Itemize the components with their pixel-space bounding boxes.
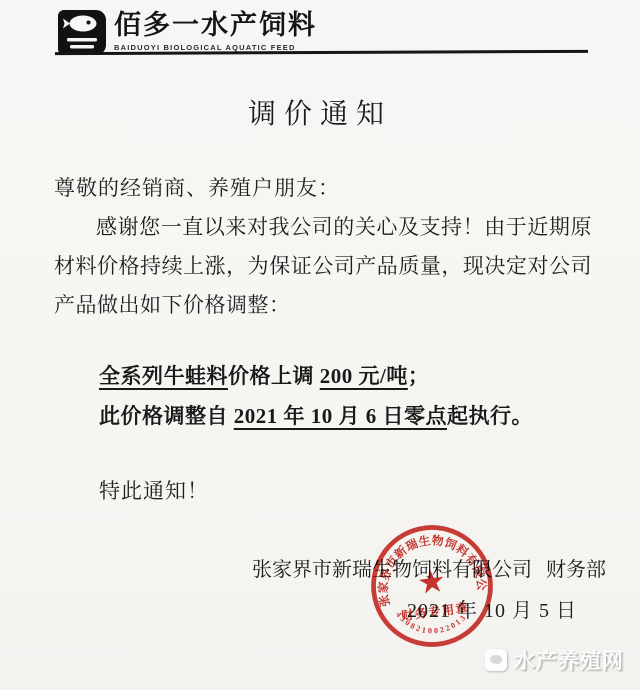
signature-department: 财务部 <box>546 559 606 581</box>
underlined-effective-date: 2021 年 10 月 6 日零点 <box>234 404 447 428</box>
seal-star-icon: ★ <box>415 562 448 601</box>
intro-paragraph: 感谢您一直以来对我公司的关心及支持！由于近期原材料价格持续上涨，为保证公司产品质… <box>54 208 592 325</box>
brand-block: 佰多一水产饲料 BAIDUOYI BIOLOGICAL AQUATIC FEED <box>114 10 317 52</box>
company-seal-stamp: 张家界市新瑞生物饲料有限公司 ★ 财务专用章 4308210022013 <box>358 512 505 659</box>
underlined-price-amount: 200 元/吨 <box>320 364 408 388</box>
effective-date-end: 起执行。 <box>447 404 533 428</box>
salutation: 尊敬的经销商、养殖户朋友： <box>54 172 340 202</box>
brand-name: 佰多一水产饲料 <box>114 10 317 40</box>
scanned-notice-document: 佰多一水产饲料 BAIDUOYI BIOLOGICAL AQUATIC FEED… <box>0 0 640 690</box>
document-title: 调价通知 <box>0 92 640 132</box>
price-adjustment-line: 全系列牛蛙料价格上调 200 元/吨； <box>99 360 429 390</box>
site-watermark: 水产养殖网 <box>485 645 624 675</box>
effective-date-prefix: 此价格调整自 <box>99 404 234 428</box>
price-adjustment-middle: 价格上调 <box>228 364 320 388</box>
letterhead: 佰多一水产饲料 BAIDUOYI BIOLOGICAL AQUATIC FEED <box>58 10 317 55</box>
watermark-logo-icon <box>485 649 507 671</box>
closing-statement: 特此通知！ <box>99 475 209 505</box>
fish-logo-icon <box>58 10 106 55</box>
effective-date-line: 此价格调整自 2021 年 10 月 6 日零点起执行。 <box>99 400 533 430</box>
price-line-end: ； <box>408 364 430 388</box>
underlined-product-range: 全系列牛蛙料 <box>99 364 228 388</box>
watermark-text: 水产养殖网 <box>514 645 624 675</box>
